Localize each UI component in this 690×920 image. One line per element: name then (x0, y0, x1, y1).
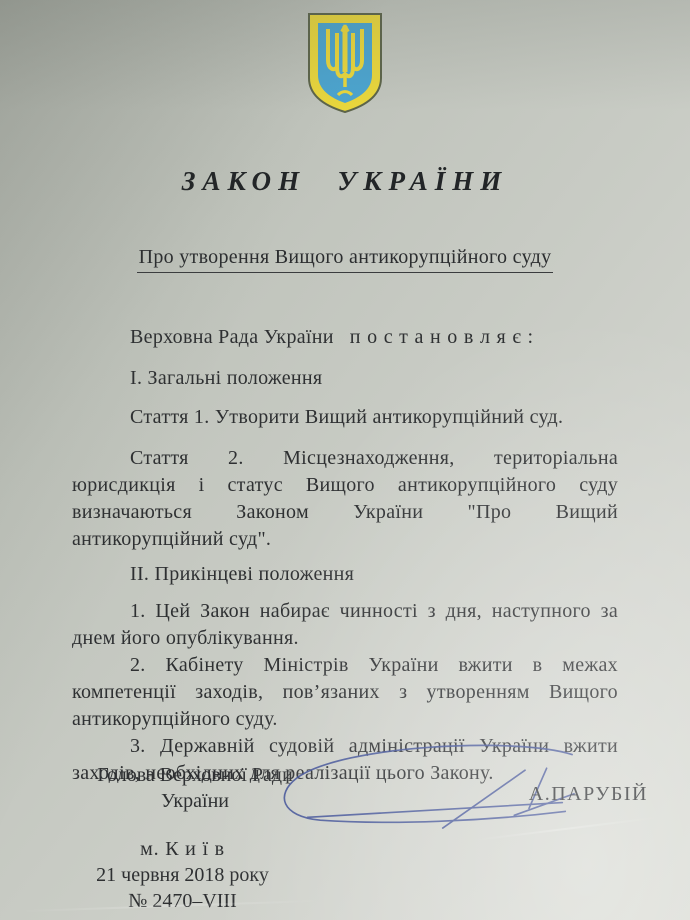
final-provision-1: 1. Цей Закон набирає чинності з дня, нас… (72, 598, 618, 652)
footer-date: 21 червня 2018 року (50, 862, 315, 888)
law-subject-subtitle: Про утворення Вищого антикорупційного су… (137, 246, 554, 273)
document-footer: м. К и ї в 21 червня 2018 року № 2470–VI… (50, 836, 315, 914)
article-1: Стаття 1. Утворити Вищий антикорупційний… (72, 404, 618, 431)
law-body: Верховна Рада Українип о с т а н о в л я… (72, 324, 618, 787)
article-2: Стаття 2. Місцезнаходження, територіальн… (72, 445, 618, 553)
preamble-line: Верховна Рада Українип о с т а н о в л я… (72, 324, 618, 351)
law-document-photo: ЗАКОН УКРАЇНИ Про утворення Вищого антик… (0, 10, 690, 787)
handwritten-signature (272, 733, 588, 831)
ukraine-coat-of-arms-icon (304, 10, 386, 116)
final-provision-2: 2. Кабінету Міністрів України вжити в ме… (72, 652, 618, 733)
signatory-name: А.ПАРУБІЙ (529, 783, 648, 806)
footer-law-number: № 2470–VIII (50, 888, 315, 914)
footer-city: м. К и ї в (50, 836, 315, 862)
section-heading-1: I. Загальні положення (72, 365, 618, 392)
section-heading-2: II. Прикінцеві положення (72, 561, 618, 588)
preamble-text: Верховна Рада України (130, 326, 334, 348)
preamble-resolve-verb: п о с т а н о в л я є : (350, 326, 534, 348)
page-title: ЗАКОН УКРАЇНИ (0, 166, 690, 197)
